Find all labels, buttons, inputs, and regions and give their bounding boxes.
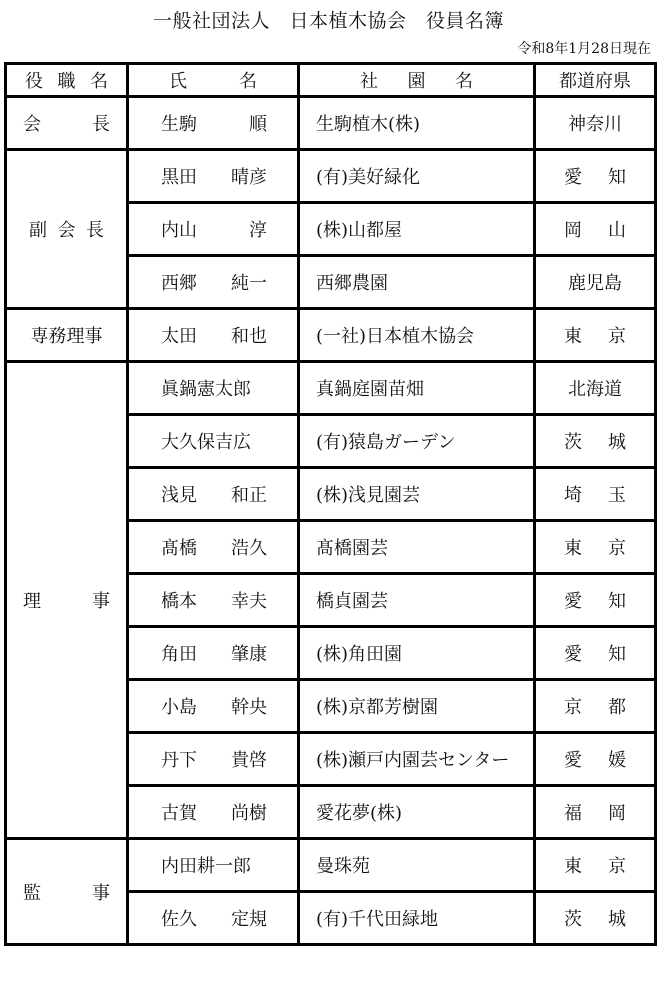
prefecture-cell: 茨城	[535, 892, 656, 945]
table-row: 理事眞鍋憲太郎真鍋庭園苗畑北海道	[6, 362, 656, 415]
member-name-cell: 生駒順	[128, 97, 299, 150]
role-cell: 監事	[6, 839, 128, 945]
company-cell: 真鍋庭園苗畑	[299, 362, 535, 415]
as-of-date: 令和8年1月28日現在	[517, 38, 651, 58]
header-prefecture: 都道府県	[535, 64, 656, 97]
member-name-cell: 大久保吉広	[128, 415, 299, 468]
company-cell: 曼珠苑	[299, 839, 535, 892]
role-cell: 副会長	[6, 150, 128, 309]
header-row: 役 職 名 氏 名 社 園 名 都道府県	[6, 64, 656, 97]
roster-body: 会長生駒順生駒植木(株)神奈川副会長黒田晴彦(有)美好緑化愛知内山淳(株)山都屋…	[6, 97, 656, 945]
role-cell: 専務理事	[6, 309, 128, 362]
role-cell: 理事	[6, 362, 128, 839]
member-name-cell: 丹下貴啓	[128, 733, 299, 786]
prefecture-cell: 愛知	[535, 627, 656, 680]
company-cell: 西郷農園	[299, 256, 535, 309]
prefecture-cell: 茨城	[535, 415, 656, 468]
company-cell: (株)瀬戸内園芸センター	[299, 733, 535, 786]
company-cell: (一社)日本植木協会	[299, 309, 535, 362]
prefecture-cell: 岡山	[535, 203, 656, 256]
member-name-cell: 小島幹央	[128, 680, 299, 733]
company-cell: (株)浅見園芸	[299, 468, 535, 521]
document-title: 一般社団法人 日本植木協会 役員名簿	[0, 6, 657, 33]
company-cell: 髙橋園芸	[299, 521, 535, 574]
member-name-cell: 内田耕一郎	[128, 839, 299, 892]
member-name-cell: 髙橋浩久	[128, 521, 299, 574]
table-row: 副会長黒田晴彦(有)美好緑化愛知	[6, 150, 656, 203]
prefecture-cell: 鹿児島	[535, 256, 656, 309]
prefecture-cell: 神奈川	[535, 97, 656, 150]
table-row: 会長生駒順生駒植木(株)神奈川	[6, 97, 656, 150]
prefecture-cell: 福岡	[535, 786, 656, 839]
table-row: 専務理事太田和也(一社)日本植木協会東京	[6, 309, 656, 362]
company-cell: 橋貞園芸	[299, 574, 535, 627]
company-cell: (有)美好緑化	[299, 150, 535, 203]
company-cell: 愛花夢(株)	[299, 786, 535, 839]
member-name-cell: 太田和也	[128, 309, 299, 362]
prefecture-cell: 北海道	[535, 362, 656, 415]
prefecture-cell: 埼玉	[535, 468, 656, 521]
prefecture-cell: 愛知	[535, 150, 656, 203]
company-cell: (株)角田園	[299, 627, 535, 680]
header-role: 役 職 名	[6, 64, 128, 97]
role-cell: 会長	[6, 97, 128, 150]
member-name-cell: 浅見和正	[128, 468, 299, 521]
table-row: 監事内田耕一郎曼珠苑東京	[6, 839, 656, 892]
member-name-cell: 佐久定規	[128, 892, 299, 945]
officer-roster-table: 役 職 名 氏 名 社 園 名 都道府県 会長生駒順生駒植木(株)神	[4, 62, 657, 946]
member-name-cell: 内山淳	[128, 203, 299, 256]
member-name-cell: 眞鍋憲太郎	[128, 362, 299, 415]
member-name-cell: 黒田晴彦	[128, 150, 299, 203]
member-name-cell: 古賀尚樹	[128, 786, 299, 839]
company-cell: 生駒植木(株)	[299, 97, 535, 150]
member-name-cell: 西郷純一	[128, 256, 299, 309]
company-cell: (有)千代田緑地	[299, 892, 535, 945]
prefecture-cell: 東京	[535, 521, 656, 574]
prefecture-cell: 京都	[535, 680, 656, 733]
header-name: 氏 名	[128, 64, 299, 97]
header-company: 社 園 名	[299, 64, 535, 97]
prefecture-cell: 愛知	[535, 574, 656, 627]
prefecture-cell: 東京	[535, 309, 656, 362]
prefecture-cell: 東京	[535, 839, 656, 892]
prefecture-cell: 愛媛	[535, 733, 656, 786]
company-cell: (株)山都屋	[299, 203, 535, 256]
member-name-cell: 橋本幸夫	[128, 574, 299, 627]
company-cell: (有)猿島ガーデン	[299, 415, 535, 468]
member-name-cell: 角田肇康	[128, 627, 299, 680]
company-cell: (株)京都芳樹園	[299, 680, 535, 733]
